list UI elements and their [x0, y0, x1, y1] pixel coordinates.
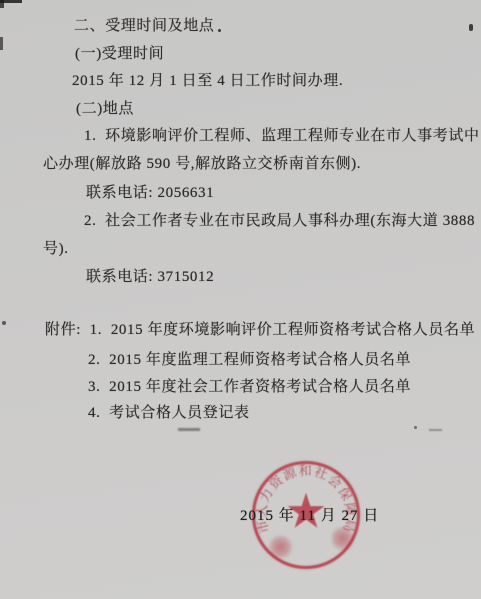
line-phone-2: 联系电话: 3715012: [86, 267, 214, 287]
line-subsection-time: (一)受理时间: [75, 44, 164, 64]
line-accept-time: 2015 年 12 月 1 日至 4 日工作时间办理.: [72, 71, 343, 91]
line-subsection-place: (二)地点: [76, 99, 134, 119]
seal-speckle: [331, 525, 354, 552]
scan-artifact: [429, 429, 442, 431]
line-location-1b: 心办理(解放路 590 号,解放路立交桥南首东侧).: [43, 154, 361, 174]
line-location-2a: 2. 社会工作者专业在市民政局人事科办理(东海大道 3888: [84, 211, 475, 231]
line-section-heading: 二、受理时间及地点: [74, 16, 214, 36]
line-phone-1: 联系电话: 2056631: [86, 183, 214, 203]
scan-artifact: [178, 428, 200, 431]
issue-date: 2015 年 11 月 27 日: [240, 504, 379, 525]
line-attachment-2: 2. 2015 年度监理工程师资格考试合格人员名单: [88, 350, 411, 370]
line-attachment-4: 4. 考试合格人员登记表: [88, 403, 250, 423]
scan-artifact: [0, 0, 4, 8]
scan-artifact: [469, 24, 473, 31]
scan-artifact: [2, 321, 6, 325]
scan-artifact: [218, 29, 221, 32]
scan-artifact: [0, 37, 3, 50]
line-attachment-1: 附件: 1. 2015 年度环境影响评价工程师资格考试合格人员名单: [45, 320, 475, 340]
line-location-1a: 1. 环境影响评价工程师、监理工程师专业在市人事考试中: [84, 126, 480, 146]
line-attachment-3: 3. 2015 年度社会工作者资格考试合格人员名单: [88, 377, 411, 397]
line-location-2b: 号).: [43, 239, 69, 259]
scanned-document-page: 二、受理时间及地点 (一)受理时间 2015 年 12 月 1 日至 4 日工作…: [0, 0, 481, 599]
scan-artifact: [414, 426, 417, 429]
seal-speckle: [267, 535, 294, 559]
